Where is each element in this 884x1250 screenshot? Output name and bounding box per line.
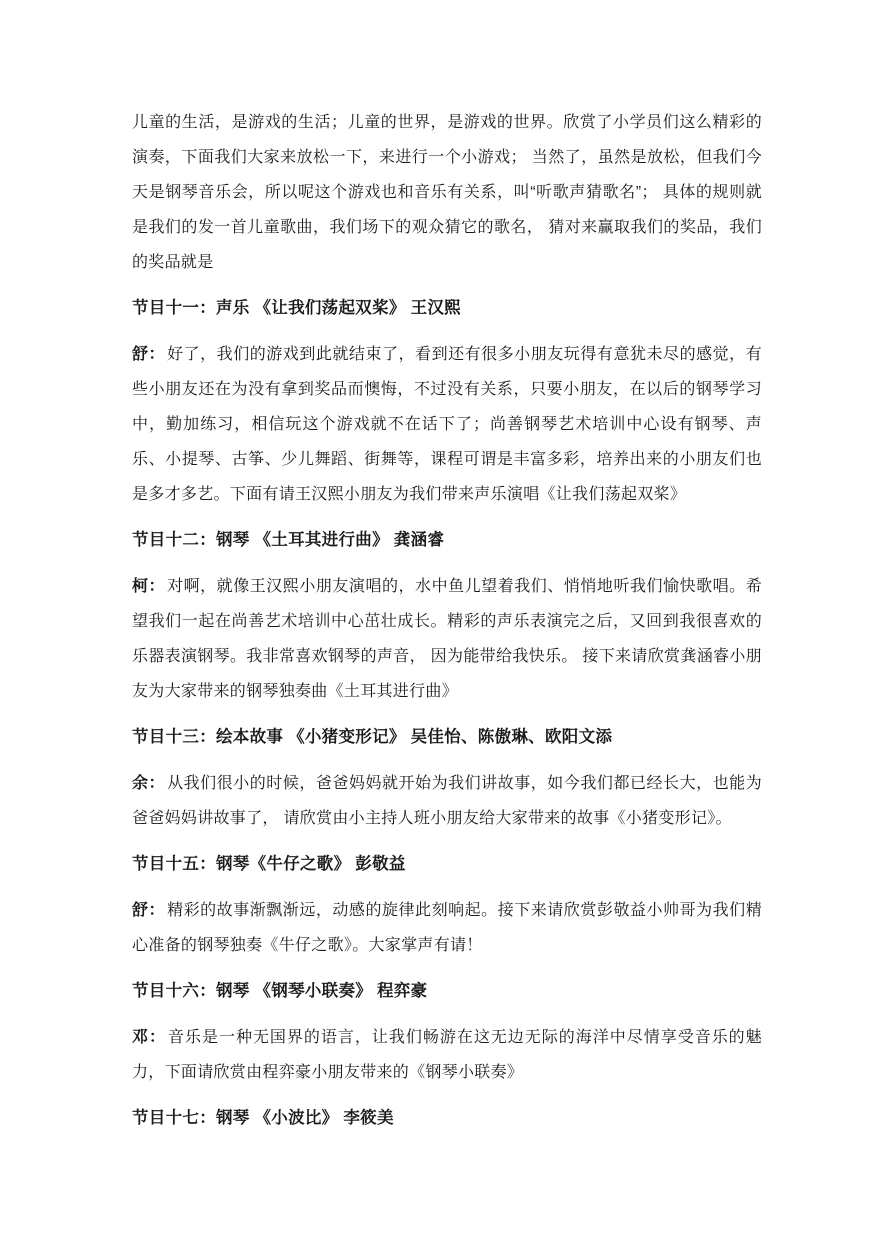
program-heading-13: 节目十三：绘本故事 《小猪变形记》 吴佳怡、陈傲琳、欧阳文添: [132, 720, 762, 755]
script-paragraph-ke: 柯：对啊，就像王汉熙小朋友演唱的，水中鱼儿望着我们、悄悄地听我们愉快歌唱。希望我…: [132, 569, 762, 709]
paragraph-text: 好了，我们的游戏到此就结束了，看到还有很多小朋友玩得有意犹未尽的感觉，有些小朋友…: [132, 346, 762, 503]
paragraph-text: 从我们很小的时候，爸爸妈妈就开始为我们讲故事，如今我们都已经长大，也能为爸爸妈妈…: [132, 775, 762, 827]
intro-paragraph: 儿童的生活，是游戏的生活；儿童的世界，是游戏的世界。欣赏了小学员们这么精彩的演奏…: [132, 105, 762, 280]
paragraph-text: 对啊，就像王汉熙小朋友演唱的，水中鱼儿望着我们、悄悄地听我们愉快歌唱。希望我们一…: [132, 578, 762, 700]
script-paragraph-yu: 余：从我们很小的时候，爸爸妈妈就开始为我们讲故事，如今我们都已经长大，也能为爸爸…: [132, 766, 762, 836]
speaker-label: 余：: [132, 775, 167, 792]
script-paragraph-shu-2: 舒：精彩的故事渐飘渐远，动感的旋律此刻响起。接下来请欣赏彭敬益小帅哥为我们精心准…: [132, 893, 762, 963]
program-heading-12: 节目十二：钢琴 《土耳其进行曲》 龚涵睿: [132, 523, 762, 558]
script-paragraph-deng: 邓：音乐是一种无国界的语言，让我们畅游在这无边无际的海洋中尽情享受音乐的魅力，下…: [132, 1020, 762, 1090]
speaker-label: 舒：: [132, 902, 167, 919]
speaker-label: 舒：: [132, 346, 167, 363]
program-heading-16: 节目十六：钢琴 《钢琴小联奏》 程弈豪: [132, 974, 762, 1009]
program-heading-11: 节目十一：声乐 《让我们荡起双桨》 王汉熙: [132, 291, 762, 326]
speaker-label: 邓：: [132, 1029, 168, 1046]
paragraph-text: 儿童的生活，是游戏的生活；儿童的世界，是游戏的世界。欣赏了小学员们这么精彩的演奏…: [132, 114, 762, 271]
program-heading-17: 节目十七：钢琴 《小波比》 李筱美: [132, 1101, 762, 1136]
paragraph-text: 精彩的故事渐飘渐远，动感的旋律此刻响起。接下来请欣赏彭敬益小帅哥为我们精心准备的…: [132, 902, 762, 954]
script-paragraph-shu-1: 舒：好了，我们的游戏到此就结束了，看到还有很多小朋友玩得有意犹未尽的感觉，有些小…: [132, 337, 762, 512]
paragraph-text: 音乐是一种无国界的语言，让我们畅游在这无边无际的海洋中尽情享受音乐的魅力，下面请…: [132, 1029, 762, 1081]
document-page: 儿童的生活，是游戏的生活；儿童的世界，是游戏的世界。欣赏了小学员们这么精彩的演奏…: [0, 0, 884, 1250]
program-heading-15: 节目十五：钢琴《牛仔之歌》 彭敬益: [132, 847, 762, 882]
speaker-label: 柯：: [132, 578, 167, 595]
